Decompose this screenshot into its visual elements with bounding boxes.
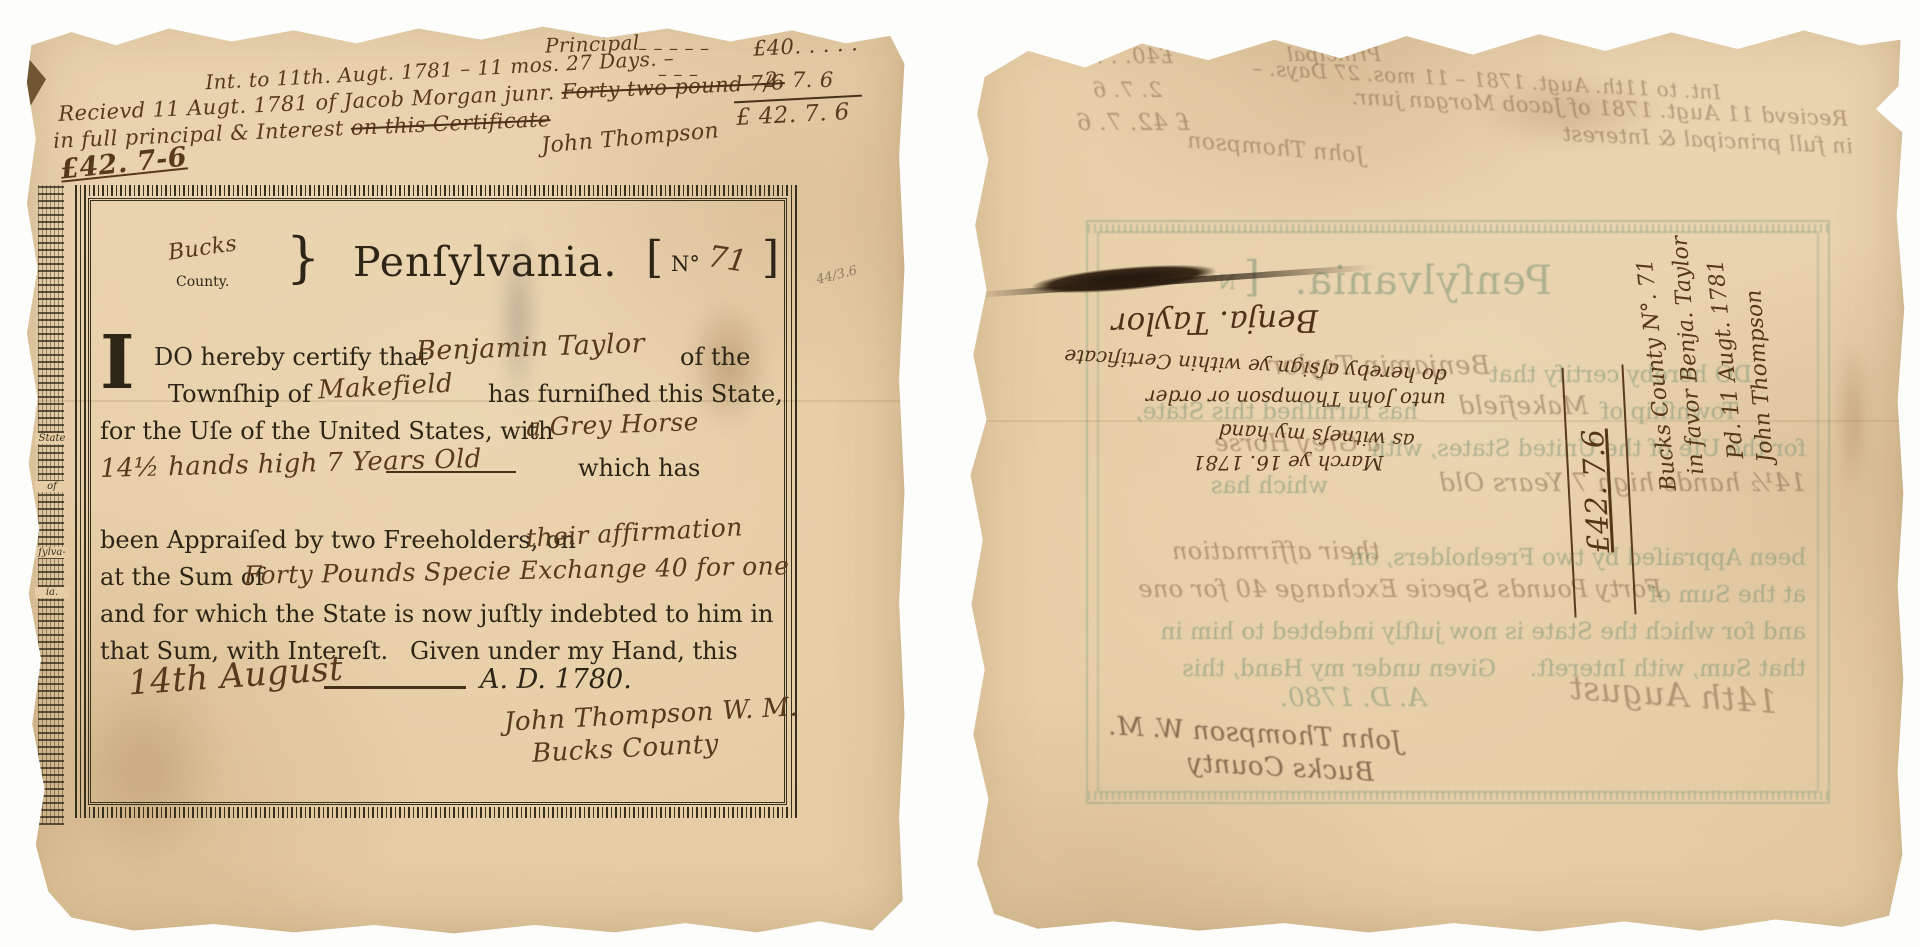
margin-ornament-strip: State of ſylva- ia. <box>38 185 64 825</box>
margin-word-of: of <box>35 481 69 492</box>
number-label: N° <box>671 252 700 276</box>
scan-background: { "document_type": "Pennsylvania certifi… <box>0 0 1920 947</box>
county-printed: County. <box>176 274 229 290</box>
assignment-endorsement: March ye 16. 1781 as witneſs my hand unt… <box>1003 294 1449 487</box>
body-line7-printed: and for which the State is now juſtly in… <box>100 600 773 628</box>
body-line3-printed: for the Uſe of the United States, with <box>100 417 554 445</box>
margin-word-state: State <box>35 433 69 444</box>
bleed-date-printed: A. D. 1780. <box>1280 683 1426 713</box>
docket-amount: £42. 7.6 <box>1567 428 1627 555</box>
header-brace: } <box>286 226 320 289</box>
body-line4-tail: which has <box>578 454 700 482</box>
bleed-body-line6: at the Sum of <box>1649 582 1806 608</box>
dropcap-I: I <box>100 326 135 400</box>
body-line8-tail: Given under my Hand, this <box>410 637 738 665</box>
bleed-principal-amount: £40. . . . . <box>1068 44 1173 68</box>
date-printed: A. D. 1780. <box>480 664 632 695</box>
body-line3-hand: a Grey Horse <box>526 407 700 442</box>
margin-word-nia: ia. <box>35 587 69 598</box>
body-line1-tail: of the <box>680 343 750 371</box>
bleed-receipt-signature: John Thompson <box>1186 128 1366 168</box>
number-value: 71 <box>706 239 750 280</box>
bleed-body-line8-tail: Given under my Hand, this <box>1182 656 1496 682</box>
body-line1-printed: DO hereby certify that <box>154 343 428 371</box>
body-line6-printed: at the Sum of <box>100 563 264 591</box>
certificate-title: Penſylvania. <box>353 238 617 286</box>
margin-word-sylva: ſylva- <box>35 547 69 558</box>
body-line2-printed: Townſhip of <box>168 380 311 408</box>
body-line5-printed: been Appraiſed by two Freeholders, on <box>100 526 576 554</box>
front-sheet: Principal – – – – – £40. . . . . Int. to… <box>18 8 908 938</box>
number-bracket-close: ] <box>762 232 779 283</box>
bleed-body-line7: and for which the State is now juſtly in… <box>1161 619 1806 645</box>
bleed-interest-amount: 2. 7. 6 <box>1092 78 1162 102</box>
bleed-green-ornament-bottom <box>1088 791 1828 800</box>
bleed-body-line5-hand: their affirmation <box>1172 537 1380 565</box>
bleed-total-amount: £ 42. 7. 6 <box>1076 110 1190 136</box>
body-line2-tail: has furniſhed this State, <box>488 380 783 408</box>
bleed-title: Penſylvania. <box>1294 258 1552 304</box>
body-line4-blank-rule <box>386 471 516 473</box>
number-bracket-open: [ <box>646 232 663 283</box>
bleed-number-bracket: [ <box>1244 252 1260 301</box>
back-sheet: Principal £40. . . . . Int. to 11th. Aug… <box>962 12 1908 938</box>
docket-amount-box: £42. 7.6 <box>1562 365 1637 618</box>
bleed-number-label: N° <box>1209 270 1237 294</box>
date-dash-rule <box>324 686 466 689</box>
endorsement-signature: Benja. Taylor <box>1008 297 1319 348</box>
